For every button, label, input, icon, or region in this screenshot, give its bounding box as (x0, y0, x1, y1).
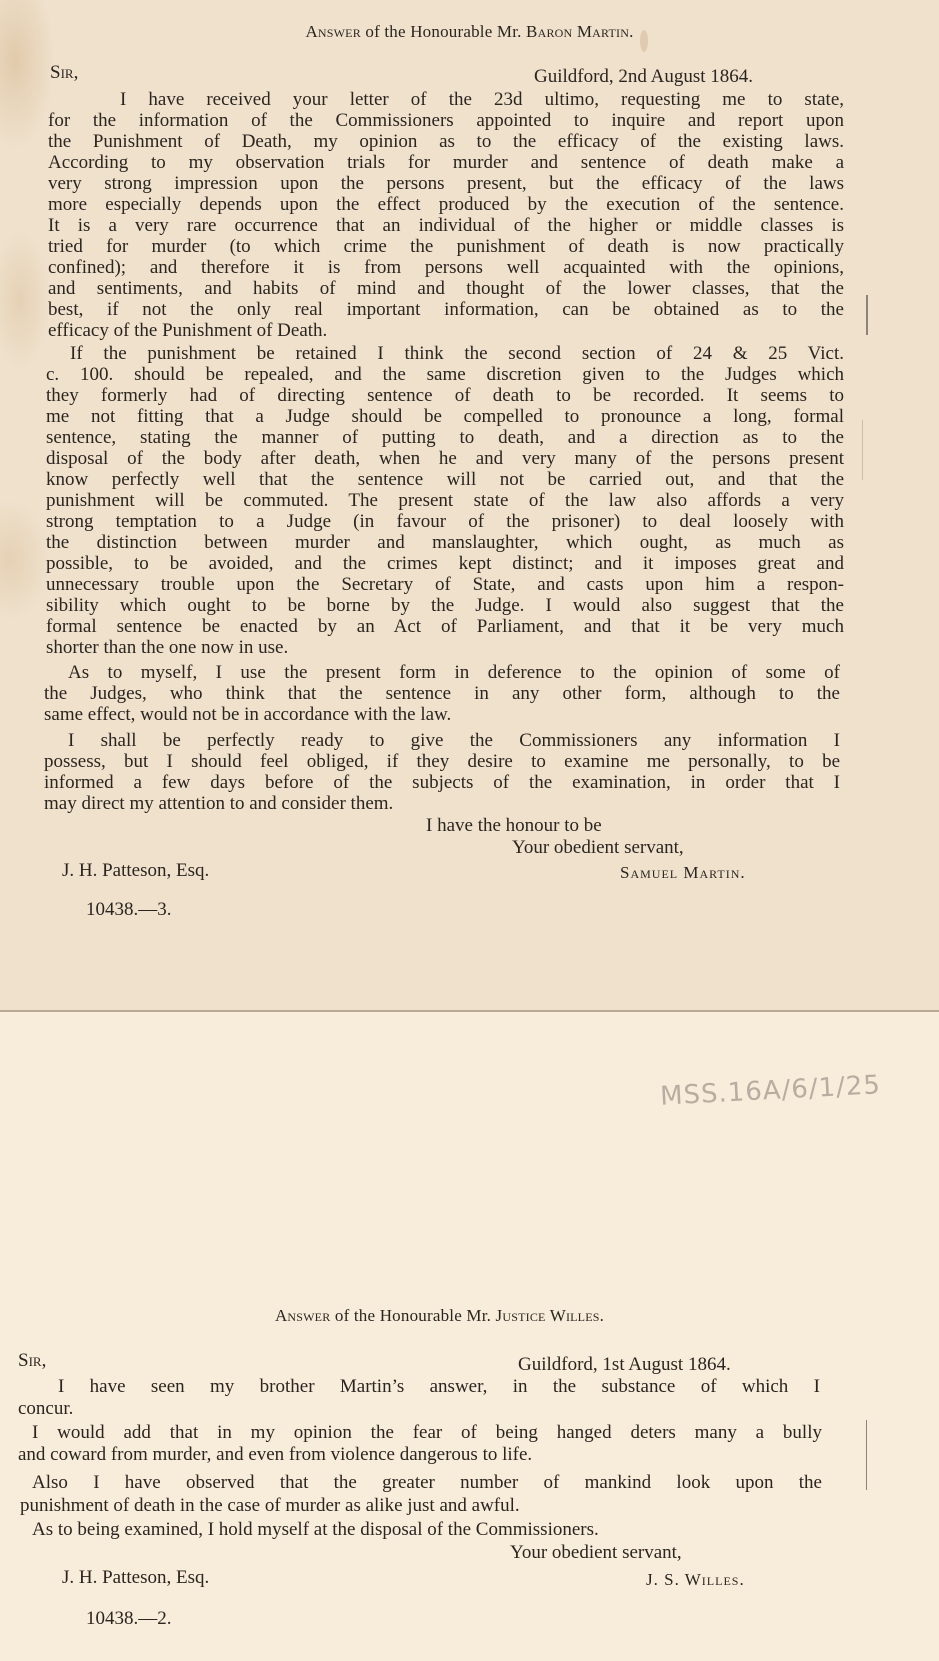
salutation: Sir, (18, 1350, 46, 1372)
body-line: strong temptation to a Judge (in favour … (46, 511, 844, 533)
body-line: shorter than the one now in use. (46, 637, 288, 659)
body-line: Also I have observed that the greater nu… (32, 1472, 822, 1494)
heading-prefix: Answer (275, 1306, 330, 1325)
body-line: formal sentence be enacted by an Act of … (46, 616, 844, 638)
body-line: c. 100. should be repealed, and the same… (46, 364, 844, 386)
body-line: and sentiments, and habits of mind and t… (48, 278, 844, 300)
body-line: tried for murder (to which crime the pun… (48, 236, 844, 258)
body-line: the distinction between murder and mansl… (46, 532, 844, 554)
body-line: informed a few days before of the subjec… (44, 772, 840, 794)
body-line: possess, but I should feel obliged, if t… (44, 751, 840, 773)
body-line: for the information of the Commissioners… (48, 110, 844, 132)
body-line: sibility which ought to be borne by the … (46, 595, 844, 617)
body-line: and coward from murder, and even from vi… (18, 1444, 532, 1466)
body-line: I shall be perfectly ready to give the C… (68, 730, 840, 752)
archive-annotation: MSS.16A/6/1/25 (659, 1070, 881, 1112)
body-line: confined); and therefore it is from pers… (48, 257, 844, 279)
margin-mark (866, 1420, 867, 1490)
closing-servant: Your obedient servant, (510, 1542, 682, 1564)
signature: J. S. Willes. (646, 1569, 745, 1591)
body-line: sentence, stating the manner of putting … (46, 427, 844, 449)
margin-mark (866, 295, 868, 335)
body-line: possible, to be avoided, and the crimes … (46, 553, 844, 575)
body-line: best, if not the only real important inf… (48, 299, 844, 321)
place-date: Guildford, 1st August 1864. (518, 1354, 731, 1376)
heading-mid: of the Honourable Mr. (361, 22, 526, 41)
body-line: According to my observation trials for m… (48, 152, 844, 174)
body-line: I have seen my brother Martin’s answer, … (58, 1376, 820, 1398)
body-line: the Punishment of Death, my opinion as t… (48, 131, 844, 153)
body-line: concur. (18, 1398, 73, 1420)
body-line: efficacy of the Punishment of Death. (48, 320, 327, 342)
document-number: 10438.—3. (86, 899, 172, 921)
body-line: I have received your letter of the 23d u… (120, 89, 844, 111)
addressee: J. H. Patteson, Esq. (62, 1567, 209, 1589)
body-line: they formerly had of directing sentence … (46, 385, 844, 407)
body-line: punishment will be commuted. The present… (46, 490, 844, 512)
closing-honour: I have the honour to be (426, 815, 602, 837)
salutation: Sir, (50, 62, 78, 84)
body-line: As to myself, I use the present form in … (68, 662, 840, 684)
body-line: disposal of the body after death, when h… (46, 448, 844, 470)
letter-martin-heading: Answer of the Honourable Mr. Baron Marti… (0, 22, 939, 42)
addressee: J. H. Patteson, Esq. (62, 860, 209, 882)
heading-mid: of the Honourable Mr. (330, 1306, 495, 1325)
letter-martin-sheet: Answer of the Honourable Mr. Baron Marti… (0, 0, 939, 1012)
letter-willes-sheet: MSS.16A/6/1/25 Answer of the Honourable … (0, 1012, 939, 1661)
place-date: Guildford, 2nd August 1864. (534, 66, 753, 88)
heading-name: Justice Willes. (496, 1306, 605, 1325)
body-line: punishment of death in the case of murde… (20, 1495, 520, 1517)
body-line: may direct my attention to and consider … (44, 793, 393, 815)
body-line: know perfectly well that the sentence wi… (46, 469, 844, 491)
document-number: 10438.—2. (86, 1608, 172, 1630)
margin-mark (862, 420, 863, 480)
body-line: same effect, would not be in accordance … (44, 704, 451, 726)
letter-willes-heading: Answer of the Honourable Mr. Justice Wil… (0, 1306, 909, 1326)
signature: Samuel Martin. (620, 862, 746, 884)
body-line: I would add that in my opinion the fear … (32, 1422, 822, 1444)
body-line: unnecessary trouble upon the Secretary o… (46, 574, 844, 596)
heading-prefix: Answer (305, 22, 360, 41)
body-line: As to being examined, I hold myself at t… (32, 1519, 599, 1541)
body-line: It is a very rare occurrence that an ind… (48, 215, 844, 237)
body-line: If the punishment be retained I think th… (70, 343, 844, 365)
closing-servant: Your obedient servant, (512, 837, 684, 859)
heading-name: Baron Martin. (526, 22, 634, 41)
body-line: me not fitting that a Judge should be co… (46, 406, 844, 428)
body-line: more especially depends upon the effect … (48, 194, 844, 216)
body-line: the Judges, who think that the sentence … (44, 683, 840, 705)
body-line: very strong impression upon the persons … (48, 173, 844, 195)
